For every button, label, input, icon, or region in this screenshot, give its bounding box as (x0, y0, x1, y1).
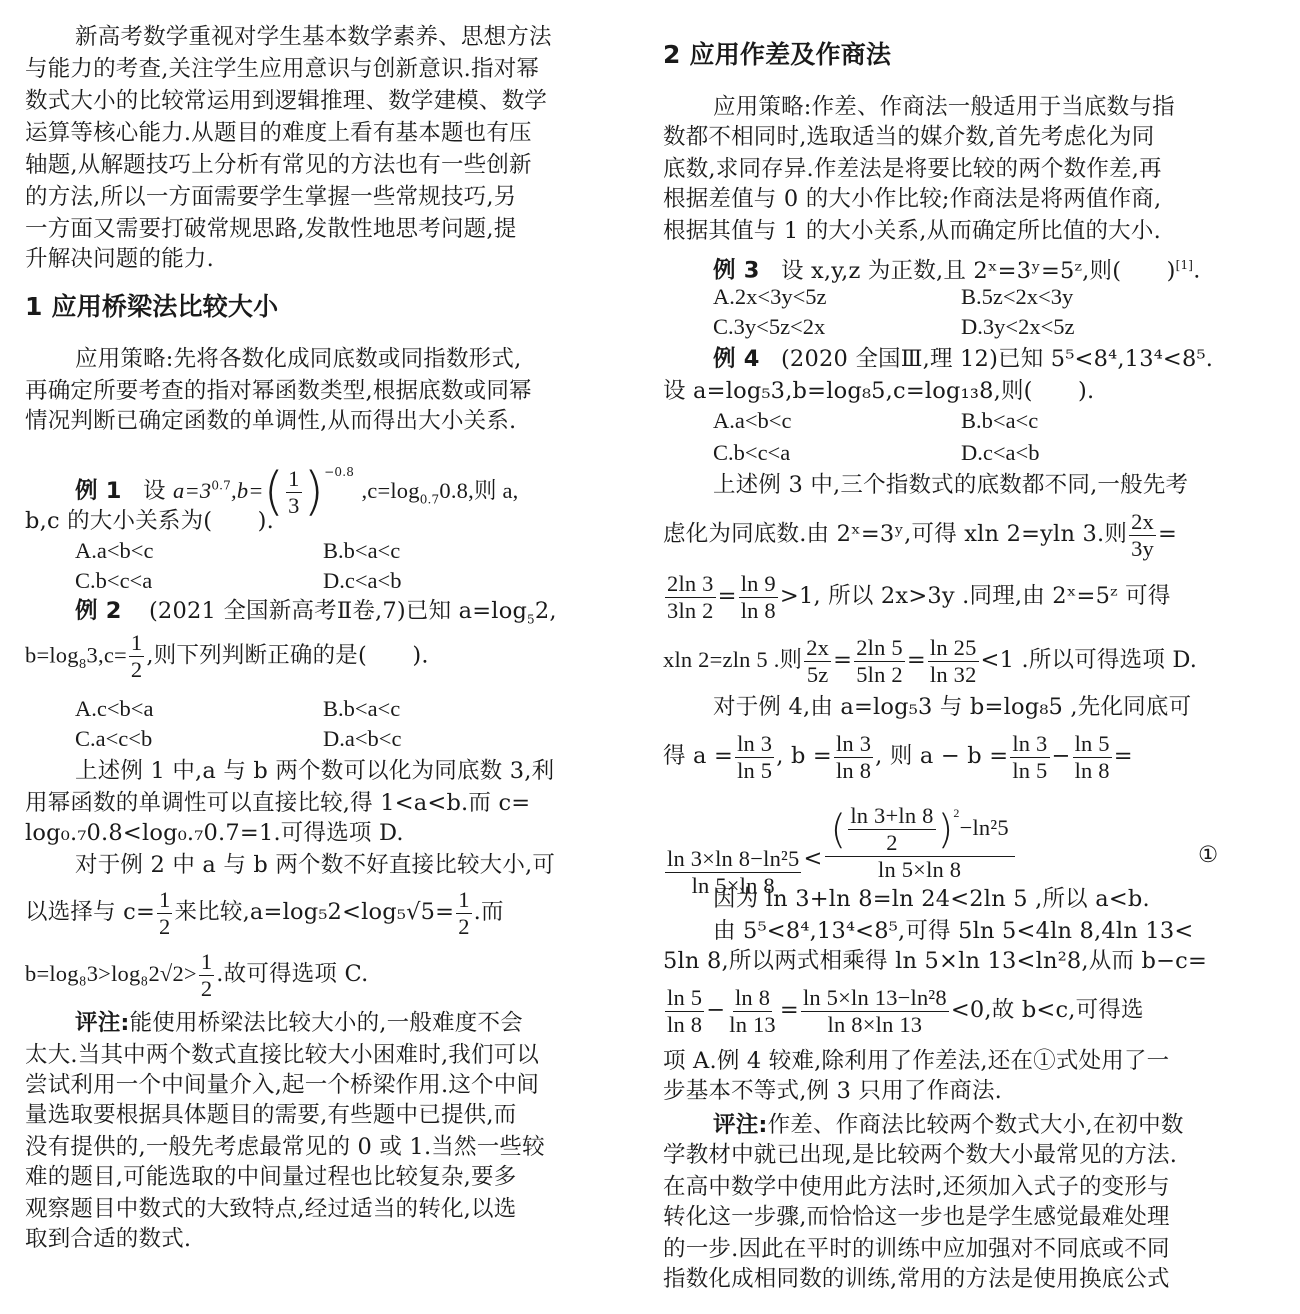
text-line: 的一步.因此在平时的训练中应加强对不同底或不同 (663, 1234, 1170, 1264)
text-line: 新高考数学重视对学生基本数学素养、思想方法 (75, 22, 552, 52)
text-line: 尝试利用一个中间量介入,起一个桥梁作用.这个中间 (25, 1070, 539, 1100)
fraction: ln 25ln 32 (928, 635, 979, 688)
fraction: 2x3y (1129, 509, 1156, 562)
text-line: 5ln 8,所以两式相乘得 ln 5×ln 13<ln²8,从而 b−c= (663, 946, 1207, 976)
example-3-line: 例 3 设 x,y,z 为正数,且 2ˣ=3ʸ=5ᶻ,则( )[1]. (713, 250, 1201, 286)
text-line: 再确定所要考查的指对幂函数类型,根据底数或同幂 (25, 376, 532, 406)
example-2-option-b: B.b<a<c (323, 694, 400, 724)
text-line: 上述例 1 中,a 与 b 两个数可以化为同底数 3,利 (75, 756, 554, 786)
right-paren: ) (304, 462, 325, 522)
fraction-one-half: 12 (129, 630, 144, 683)
equation-marker-1: ① (1198, 840, 1218, 870)
fraction-one-half: 12 (157, 887, 172, 940)
example-2-label: 例 2 (75, 598, 122, 624)
text-line: 对于例 4,由 a=log₅3 与 b=log₈5 ,先化同底可 (713, 692, 1191, 722)
text-line: 对于例 2 中 a 与 b 两个数不好直接比较大小,可 (75, 850, 555, 880)
fraction-one-third: 13 (286, 466, 301, 519)
example-4-option-d: D.c<a<b (961, 438, 1039, 468)
example-3-option-a: A.2x<3y<5z (713, 282, 827, 312)
fraction: ln 9ln 8 (739, 571, 778, 624)
example-4-line-1: 例 4 (2020 全国Ⅲ,理 12)已知 5⁵<8⁴,13⁴<8⁵. (713, 344, 1213, 374)
analysis-3-line-3: 2ln 33ln 2=ln 9ln 8>1, 所以 2x>3y .同理,由 2ˣ… (663, 570, 1171, 624)
text-line: 根据差值与 0 的大小作比较;作商法是将两值作商, (663, 184, 1161, 214)
text-line: 太大.当其中两个数式直接比较大小困难时,我们可以 (25, 1040, 539, 1070)
example-4-option-a: A.a<b<c (713, 406, 791, 436)
example-1-option-b: B.b<a<c (323, 536, 400, 566)
text-line: 底数,求同存异.作差法是将要比较的两个数作差,再 (663, 154, 1162, 184)
example-4-option-b: B.b<a<c (961, 406, 1038, 436)
fraction: 2x5z (804, 635, 831, 688)
fraction: ln 5×ln 13−ln²8ln 8×ln 13 (801, 985, 949, 1038)
section-2-heading: 2 应用作差及作商法 (663, 40, 891, 70)
example-3-label: 例 3 (713, 258, 760, 284)
text-line: 与能力的考查,关注学生应用意识与创新意识.指对幂 (25, 54, 539, 84)
text-line: 一方面又需要打破常规思路,发散性地思考问题,提 (25, 214, 516, 244)
example-1-line-2: b,c 的大小关系为( ). (25, 506, 274, 536)
analysis-4-line-2: 得 a =ln 3ln 5, b =ln 3ln 8, 则 a − b =ln … (663, 728, 1133, 784)
example-1-option-a: A.a<b<c (75, 536, 153, 566)
analysis-2-line-3: b=log₈3>log₈2√2>12.故可得选项 C. (25, 948, 368, 1002)
example-1-option-c: C.b<c<a (75, 566, 152, 596)
section-1-heading: 1 应用桥梁法比较大小 (25, 292, 278, 322)
text-line: 量选取要根据具体题目的需要,有些题中已提供,而 (25, 1100, 516, 1130)
comment-label: 评注: (713, 1112, 768, 1138)
example-2-option-c: C.a<c<b (75, 724, 152, 754)
reference-marker: [1] (1176, 258, 1194, 272)
comment-label: 评注: (75, 1010, 130, 1036)
example-1-option-d: D.c<a<b (323, 566, 401, 596)
text-line: 运算等核心能力.从题目的难度上看有基本题也有压 (25, 118, 532, 148)
text-line: 上述例 3 中,三个指数式的底数都不同,一般先考 (713, 470, 1188, 500)
example-4-label: 例 4 (713, 346, 760, 372)
example-2-line-1: 例 2 (2021 全国新高考Ⅱ卷,7)已知 a=log52, (75, 596, 557, 635)
text-line: 由 5⁵<8⁴,13⁴<8⁵,可得 5ln 5<4ln 8,4ln 13< (713, 916, 1193, 946)
text-line: 的方法,所以一方面需要学生掌握一些常规技巧,另 (25, 182, 516, 212)
text-line: 步基本不等式,例 3 只用了作商法. (663, 1076, 1002, 1106)
text-line: 指数化成相同数的训练,常用的方法是使用换底公式 (663, 1264, 1170, 1294)
text-line: 转化这一步骤,而恰恰这一步也是学生感觉最难处理 (663, 1202, 1170, 1232)
text-line: 难的题目,可能选取的中间量过程也比较复杂,要多 (25, 1162, 516, 1192)
text-line: 项 A.例 4 较难,除利用了作差法,还在①式处用了一 (663, 1046, 1169, 1076)
example-3-option-b: B.5z<2x<3y (961, 282, 1073, 312)
text-line: 应用策略:作差、作商法一般适用于当底数与指 (713, 92, 1175, 122)
fraction: ln 5ln 8 (665, 985, 704, 1038)
example-4-option-c: C.b<c<a (713, 438, 790, 468)
analysis-4-line-7: ln 5ln 8−ln 8ln 13=ln 5×ln 13−ln²8ln 8×l… (663, 984, 1144, 1038)
example-4-line-2: 设 a=log₅3,b=log₈5,c=log₁₃8,则( ). (663, 376, 1094, 406)
text-line: 应用策略:先将各数化成同底数或同指数形式, (75, 344, 521, 374)
fraction-one-half: 12 (456, 887, 471, 940)
text-line: 根据其值与 1 的大小关系,从而确定所比值的大小. (663, 216, 1161, 246)
text-line: 观察题目中数式的大致特点,经过适当的转化,以选 (25, 1194, 516, 1224)
example-2-option-d: D.a<b<c (323, 724, 401, 754)
example-3-option-c: C.3y<5z<2x (713, 312, 825, 342)
comment-line: 评注:作差、作商法比较两个数式大小,在初中数 (713, 1110, 1184, 1140)
text-line: 轴题,从解题技巧上分析有常见的方法也有一些创新 (25, 150, 532, 180)
example-3-option-d: D.3y<2x<5z (961, 312, 1075, 342)
example-2-option-a: A.c<b<a (75, 694, 153, 724)
text-line: 因为 ln 3+ln 8=ln 24<2ln 5 ,所以 a<b. (713, 884, 1150, 914)
fraction-one-half: 12 (199, 949, 214, 1002)
fraction: ln 8ln 13 (727, 985, 778, 1038)
text-line: log₀.₇0.8<log₀.₇0.7=1.可得选项 D. (25, 818, 404, 848)
text-line: 数式大小的比较常运用到逻辑推理、数学建模、数学 (25, 86, 547, 116)
example-2-line-2: b=log83,c=12,则下列判断正确的是( ). (25, 630, 429, 689)
fraction: ln 3ln 5 (735, 731, 774, 784)
fraction: (ln 3+ln 82)2−ln²5ln 5×ln 8 (825, 800, 1015, 883)
example-1-label: 例 1 (75, 478, 122, 504)
fraction: ln 3ln 5 (1010, 731, 1049, 784)
fraction: 2ln 33ln 2 (665, 571, 716, 624)
text-line: 用幂函数的单调性可以直接比较,得 1<a<b.而 c= (25, 788, 530, 818)
text-line: 没有提供的,一般先考虑最常见的 0 或 1.当然一些较 (25, 1132, 545, 1162)
text-line: 取到合适的数式. (25, 1224, 191, 1254)
analysis-3-line-4: xln 2=zln 5 .则2x5z=2ln 55ln 2=ln 25ln 32… (663, 634, 1197, 688)
text-line: 升解决问题的能力. (25, 244, 214, 274)
comment-line: 评注:能使用桥梁法比较大小的,一般难度不会 (75, 1008, 523, 1038)
text-line: 学教材中就已出现,是比较两个数大小最常见的方法. (663, 1140, 1177, 1170)
text-line: 数都不相同时,选取适当的媒介数,首先考虑化为同 (663, 122, 1154, 152)
analysis-3-line-2: 虑化为同底数.由 2ˣ=3ʸ,可得 xln 2=yln 3.则2x3y= (663, 508, 1177, 562)
fraction: ln 3ln 8 (834, 731, 873, 784)
text-line: 在高中数学中使用此方法时,还须加入式子的变形与 (663, 1172, 1170, 1202)
fraction: 2ln 55ln 2 (854, 635, 905, 688)
text-line: 情况判断已确定函数的单调性,从而得出大小关系. (25, 406, 516, 436)
fraction: ln 5ln 8 (1073, 731, 1112, 784)
analysis-2-line-2: 以选择与 c=12来比较,a=log₅2<log₅√5=12.而 (25, 886, 504, 940)
